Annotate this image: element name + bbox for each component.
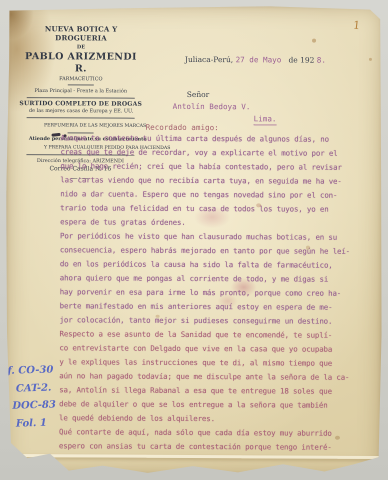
body-line: Qué contarte de aquí, nada sólo que cada… <box>59 425 359 441</box>
paper-crease <box>5 454 381 459</box>
foxing-spot <box>312 39 316 43</box>
body-line: nido a dar cuenta. Espero que no tengas … <box>60 187 360 203</box>
body-line: espera de tus gratas órdenes. <box>60 215 360 231</box>
body-line: do en los periódicos la causa ha sido la… <box>60 257 360 273</box>
dateline-year-prefix: de 192 <box>288 55 314 64</box>
letterhead-divider <box>27 97 135 99</box>
dateline-place: Juliaca-Perú, <box>185 55 233 64</box>
archival-margin-notes: f. CO-30 CAT-2. DOC-83 Fol. 1 <box>7 361 56 432</box>
margin-note: DOC-83 <box>12 396 56 415</box>
recipient-name: Antolín Bedoya V. <box>173 102 251 111</box>
body-line: sa, Antolín si llega Rabanal a esa que t… <box>59 383 359 399</box>
body-line: le quedé debiendo de los alquileres. <box>59 411 359 427</box>
body-line: las cartas viendo que no recibía carta t… <box>60 173 360 189</box>
body-line: consecuencia, espero habrás mejorado en … <box>60 243 360 259</box>
letterhead-address: Plaza Principal - Frente a la Estación <box>29 88 132 95</box>
letterhead-divider <box>68 84 94 85</box>
body-line: que lo hago recién; creí que la había co… <box>60 159 360 175</box>
dateline: Juliaca-Perú, 27 de Mayo de 192 8. <box>185 55 375 65</box>
scanned-letter-page: NUEVA BOTICA Y DROGUERIA DE PABLO ARIZME… <box>0 0 388 480</box>
body-line: y le expliques las instrucciones que te … <box>59 355 359 371</box>
letterhead-perfume-line: PERFUMERIA DE LAS MEJORES MARCAS <box>44 122 117 128</box>
recipient-city: Lima. <box>254 114 277 125</box>
recipient-salutation: Señor <box>187 90 210 99</box>
body-line: co entrevistarte con Delgado que vive en… <box>59 341 359 357</box>
body-line: aún no han pagado todavía; que me discul… <box>59 369 359 385</box>
body-line: debe de alquiler o que se los entregue a… <box>59 397 359 413</box>
body-line: creas que te deje de recordar, voy a exp… <box>60 145 360 161</box>
page-number: 1 <box>352 19 360 33</box>
dateline-typed-date: 27 de Mayo <box>236 55 282 64</box>
dateline-typed-year: 8. <box>317 56 326 65</box>
paper-sheet: NUEVA BOTICA Y DROGUERIA DE PABLO ARIZME… <box>5 4 383 476</box>
margin-note: Fol. 1 <box>16 414 57 433</box>
letterhead-business-name: NUEVA BOTICA Y DROGUERIA <box>18 25 144 43</box>
letterhead-divider <box>26 117 134 119</box>
letterhead-stock-line2: de las mejores casas de Europa y EE. UU. <box>29 108 132 115</box>
body-line: Aunque te contesto tu última carta despu… <box>60 131 360 147</box>
greeting: Recordado amigo: <box>146 123 219 132</box>
body-line: Respecto a ese asunto de la Sanidad que … <box>59 327 359 343</box>
margin-note: f. CO-30 <box>7 361 55 380</box>
body-line: espero con ansias tu carta de contestaci… <box>59 439 359 455</box>
letterhead-owner-name: PABLO ARIZMENDI R. <box>18 51 144 75</box>
body-line: berte manifestado en mis anteriores aquí… <box>60 299 360 315</box>
body-line: Por periódicos he visto que han clausura… <box>60 229 360 245</box>
margin-note: CAT-2. <box>16 379 56 398</box>
letterhead-de: DE <box>18 44 144 51</box>
body-line: trario toda una felicidad en tu casa de … <box>60 201 360 217</box>
body-line: ahora quiero que me pongas al corriente … <box>60 271 360 287</box>
body-line: jor colocación, tanto mejor si pudieses … <box>60 313 360 329</box>
letter-body: Aunque te contesto tu última carta despu… <box>59 131 361 455</box>
letterhead-owner-title: FARMACEUTICO <box>29 75 132 82</box>
body-line: hay porvenir en esa para irme lo más pro… <box>60 285 360 301</box>
letterhead-stock-line1: SURTIDO COMPLETO DE DROGAS <box>18 100 144 108</box>
